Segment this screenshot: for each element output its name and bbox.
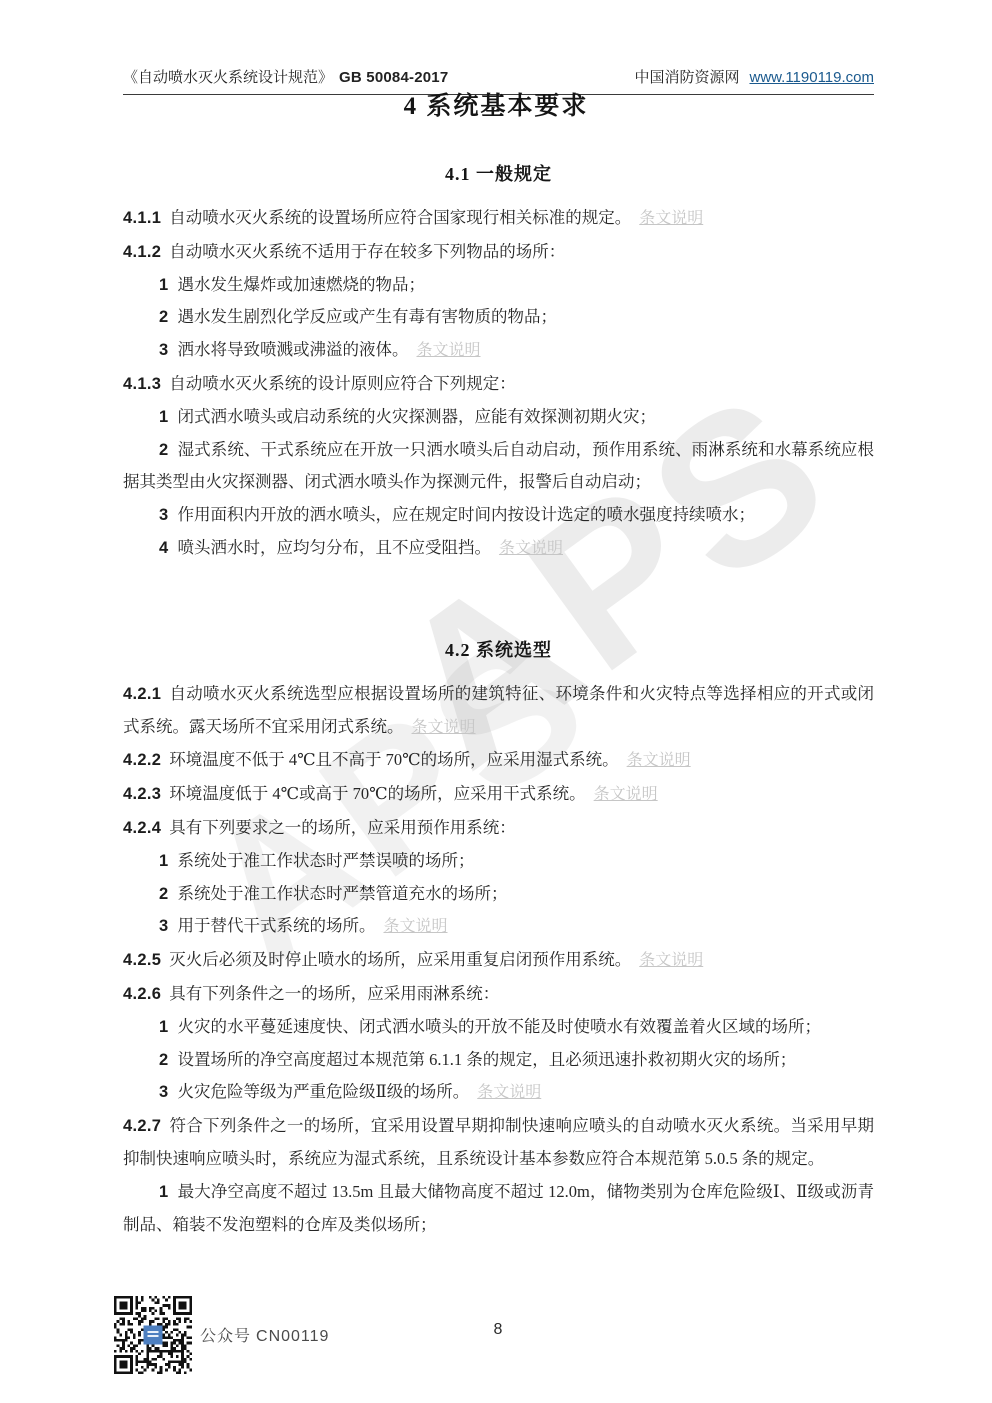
clause-number: 4.1.1: [123, 209, 161, 227]
clause-text: 灭火后必须及时停止喷水的场所，应采用重复启闭预作用系统。: [169, 950, 631, 969]
sub-item-number: 2: [159, 441, 168, 459]
clause-text: 自动喷水灭火系统的设置场所应符合国家现行相关标准的规定。: [169, 208, 631, 227]
clause-number: 4.2.1: [123, 685, 161, 703]
clause: 4.2.3环境温度低于 4℃或高于 70℃的场所，应采用干式系统。条文说明: [123, 778, 874, 812]
sub-item-number: 1: [159, 1183, 168, 1201]
clause: 4.2.4具有下列要求之一的场所，应采用预作用系统：: [123, 812, 874, 845]
clause: 4.2.1自动喷水灭火系统选型应根据设置场所的建筑特征、环境条件和火灾特点等选择…: [123, 678, 874, 745]
page-title: 4 系统基本要求: [0, 0, 992, 122]
sub-item-text: 火灾危险等级为严重危险级Ⅱ级的场所。: [177, 1082, 469, 1101]
section-heading: 4.2 系统选型: [123, 636, 874, 662]
clause-number: 4.1.2: [123, 243, 161, 261]
clause: 4.1.3自动喷水灭火系统的设计原则应符合下列规定：: [123, 368, 874, 401]
clause: 4.1.1自动喷水灭火系统的设置场所应符合国家现行相关标准的规定。条文说明: [123, 202, 874, 236]
sub-item-number: 1: [159, 276, 168, 294]
sub-item: 2湿式系统、干式系统应在开放一只洒水喷头后自动启动，预作用系统、雨淋系统和水幕系…: [123, 434, 874, 500]
sub-item-number: 4: [159, 539, 168, 557]
sub-item: 2系统处于准工作状态时严禁管道充水的场所；: [123, 878, 874, 911]
sub-item-number: 3: [159, 917, 168, 935]
sub-item-text: 最大净空高度不超过 13.5m 且最大储物高度不超过 12.0m，储物类别为仓库…: [123, 1182, 874, 1234]
note-link[interactable]: 条文说明: [412, 719, 476, 736]
clause: 4.2.5灭火后必须及时停止喷水的场所，应采用重复启闭预作用系统。条文说明: [123, 944, 874, 978]
sub-item: 1火灾的水平蔓延速度快、闭式洒水喷头的开放不能及时使喷水有效覆盖着火区域的场所；: [123, 1011, 874, 1044]
clause-text: 自动喷水灭火系统选型应根据设置场所的建筑特征、环境条件和火灾特点等选择相应的开式…: [123, 684, 874, 736]
sub-item-number: 3: [159, 506, 168, 524]
sub-item-text: 设置场所的净空高度超过本规范第 6.1.1 条的规定，且必须迅速扑救初期火灾的场…: [177, 1050, 796, 1069]
clause-number: 4.2.3: [123, 785, 161, 803]
clause-number: 4.2.6: [123, 985, 161, 1003]
clause-text: 具有下列条件之一的场所，应采用雨淋系统：: [169, 984, 499, 1003]
clause-text: 环境温度不低于 4℃且不高于 70℃的场所，应采用湿式系统。: [169, 750, 618, 769]
sub-item-number: 2: [159, 885, 168, 903]
sub-item: 4喷头洒水时，应均匀分布，且不应受阻挡。条文说明: [123, 532, 874, 566]
sub-item-text: 用于替代干式系统的场所。: [177, 916, 375, 935]
sub-item: 1遇水发生爆炸或加速燃烧的物品；: [123, 269, 874, 302]
clause-text: 自动喷水灭火系统的设计原则应符合下列规定：: [169, 374, 516, 393]
sub-item-number: 1: [159, 408, 168, 426]
sub-item-number: 1: [159, 852, 168, 870]
clause-number: 4.2.7: [123, 1117, 161, 1135]
sub-item-text: 系统处于准工作状态时严禁管道充水的场所；: [177, 884, 507, 903]
sub-item-number: 2: [159, 308, 168, 326]
sub-item: 1系统处于准工作状态时严禁误喷的场所；: [123, 845, 874, 878]
sub-item: 2设置场所的净空高度超过本规范第 6.1.1 条的规定，且必须迅速扑救初期火灾的…: [123, 1044, 874, 1077]
note-link[interactable]: 条文说明: [499, 540, 563, 557]
clause-text: 环境温度低于 4℃或高于 70℃的场所，应采用干式系统。: [169, 784, 585, 803]
sub-item: 1最大净空高度不超过 13.5m 且最大储物高度不超过 12.0m，储物类别为仓…: [123, 1176, 874, 1242]
note-link[interactable]: 条文说明: [627, 752, 691, 769]
note-link[interactable]: 条文说明: [594, 786, 658, 803]
sub-item-text: 喷头洒水时，应均匀分布，且不应受阻挡。: [177, 538, 491, 557]
sub-item: 2遇水发生剧烈化学反应或产生有毒有害物质的物品；: [123, 301, 874, 334]
clause: 4.2.2环境温度不低于 4℃且不高于 70℃的场所，应采用湿式系统。条文说明: [123, 744, 874, 778]
page-footer: 公众号 CN00119 8: [0, 1293, 992, 1403]
page-number: 8: [123, 1321, 873, 1339]
clause-number: 4.2.2: [123, 751, 161, 769]
clause-text: 符合下列条件之一的场所，宜采用设置早期抑制快速响应喷头的自动喷水灭火系统。当采用…: [123, 1116, 874, 1168]
sub-item-text: 系统处于准工作状态时严禁误喷的场所；: [177, 851, 474, 870]
clause: 4.2.6具有下列条件之一的场所，应采用雨淋系统：: [123, 978, 874, 1011]
clause-text: 具有下列要求之一的场所，应采用预作用系统：: [169, 818, 516, 837]
sub-item: 3作用面积内开放的洒水喷头，应在规定时间内按设计选定的喷水强度持续喷水；: [123, 499, 874, 532]
sub-item-text: 作用面积内开放的洒水喷头，应在规定时间内按设计选定的喷水强度持续喷水；: [177, 505, 755, 524]
note-link[interactable]: 条文说明: [416, 342, 480, 359]
note-link[interactable]: 条文说明: [639, 952, 703, 969]
sub-item-text: 遇水发生爆炸或加速燃烧的物品；: [177, 275, 425, 294]
clause-number: 4.2.5: [123, 951, 161, 969]
document-content: 4.1 一般规定4.1.1自动喷水灭火系统的设置场所应符合国家现行相关标准的规定…: [123, 160, 874, 1241]
sub-item-number: 3: [159, 1083, 168, 1101]
sub-item-text: 遇水发生剧烈化学反应或产生有毒有害物质的物品；: [177, 307, 557, 326]
sub-item: 3洒水将导致喷溅或沸溢的液体。条文说明: [123, 334, 874, 368]
note-link[interactable]: 条文说明: [639, 210, 703, 227]
clause-number: 4.1.3: [123, 375, 161, 393]
sub-item: 1闭式洒水喷头或启动系统的火灾探测器，应能有效探测初期火灾；: [123, 401, 874, 434]
sub-item-text: 火灾的水平蔓延速度快、闭式洒水喷头的开放不能及时使喷水有效覆盖着火区域的场所；: [177, 1017, 821, 1036]
clause-number: 4.2.4: [123, 819, 161, 837]
clause: 4.1.2自动喷水灭火系统不适用于存在较多下列物品的场所：: [123, 236, 874, 269]
note-link[interactable]: 条文说明: [477, 1084, 541, 1101]
sub-item: 3用于替代干式系统的场所。条文说明: [123, 910, 874, 944]
note-link[interactable]: 条文说明: [383, 918, 447, 935]
sub-item-number: 1: [159, 1018, 168, 1036]
sub-item: 3火灾危险等级为严重危险级Ⅱ级的场所。条文说明: [123, 1076, 874, 1110]
sub-item-text: 湿式系统、干式系统应在开放一只洒水喷头后自动启动，预作用系统、雨淋系统和水幕系统…: [123, 440, 874, 492]
sub-item-text: 闭式洒水喷头或启动系统的火灾探测器，应能有效探测初期火灾；: [177, 407, 656, 426]
sub-item-text: 洒水将导致喷溅或沸溢的液体。: [177, 340, 408, 359]
clause: 4.2.7符合下列条件之一的场所，宜采用设置早期抑制快速响应喷头的自动喷水灭火系…: [123, 1110, 874, 1176]
section-heading: 4.1 一般规定: [123, 160, 874, 186]
document-page: 《自动喷水灭火系统设计规范》GB 50084-2017 中国消防资源网www.1…: [0, 0, 992, 1403]
clause-text: 自动喷水灭火系统不适用于存在较多下列物品的场所：: [169, 242, 565, 261]
sub-item-number: 3: [159, 341, 168, 359]
sub-item-number: 2: [159, 1051, 168, 1069]
